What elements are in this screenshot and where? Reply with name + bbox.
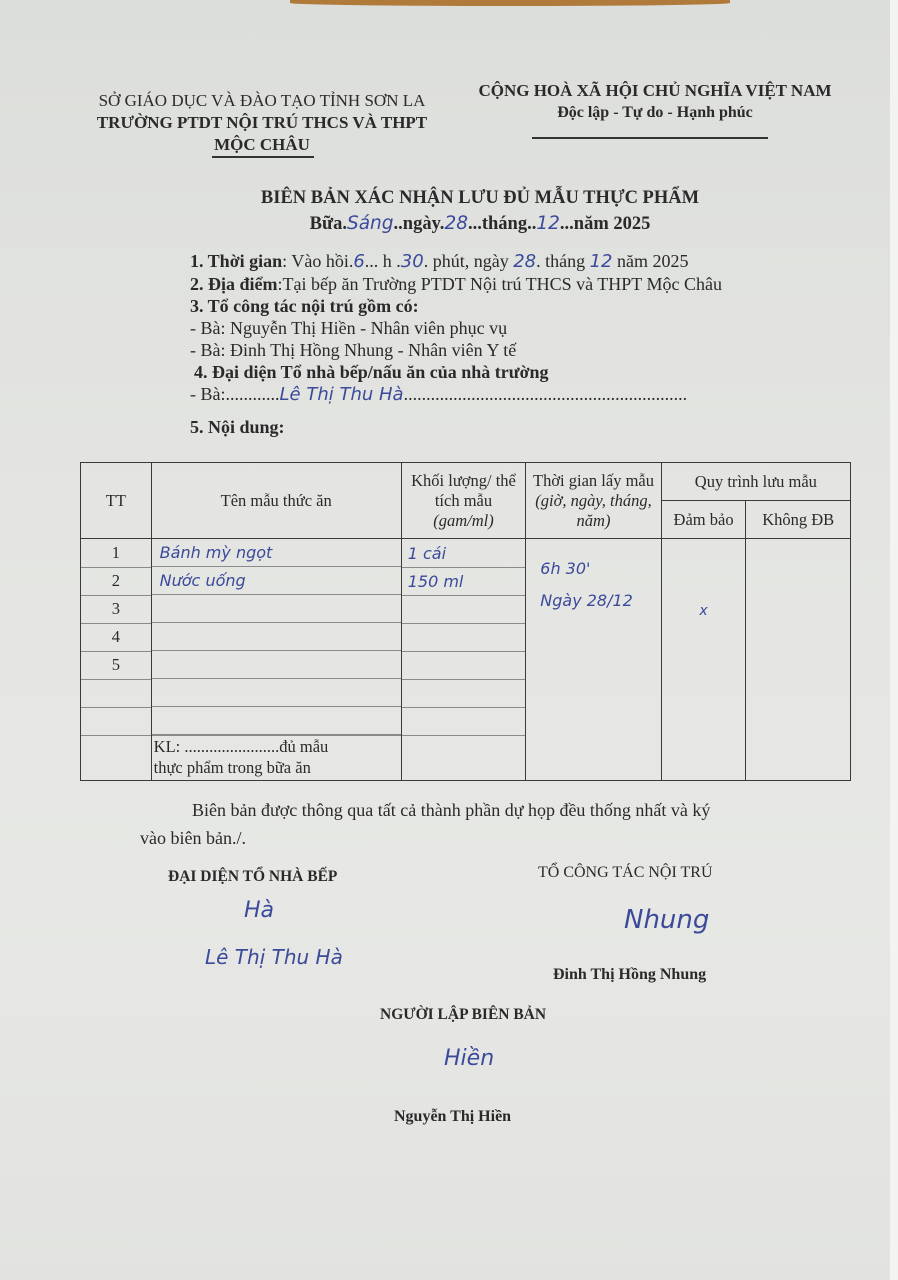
section-team-label: 3. Tổ công tác nội trú gồm có: bbox=[190, 295, 850, 317]
recorder-signature: Hiền bbox=[444, 1046, 494, 1071]
sample-weight: 150 ml bbox=[402, 568, 526, 596]
minute-value: 30 bbox=[401, 251, 424, 272]
section-location: 2. Địa điểm:Tại bếp ăn Trường PTDT Nội t… bbox=[190, 273, 850, 295]
sample-weight bbox=[402, 652, 526, 680]
row-number: 4 bbox=[81, 624, 151, 652]
food-name: Nước uống bbox=[152, 567, 401, 595]
food-sample-table: TT Tên mẫu thức ăn Khối lượng/ thể tích … bbox=[80, 462, 851, 781]
sample-time: 6h 30' Ngày 28/12 bbox=[526, 539, 660, 617]
section-content-label: 5. Nội dung: bbox=[190, 416, 850, 438]
month-value: 12 bbox=[590, 251, 613, 272]
not-ok-column bbox=[746, 539, 851, 781]
row-number: 5 bbox=[81, 652, 151, 680]
day-value: 28 bbox=[513, 251, 536, 272]
boarding-team-title: TỔ CÔNG TÁC NỘI TRÚ bbox=[538, 864, 713, 882]
kitchen-rep-handwritten-name: Lê Thị Thu Hà bbox=[205, 945, 343, 969]
closing-paragraph: Biên bản được thông qua tất cả thành phầ… bbox=[140, 796, 830, 852]
food-name bbox=[152, 679, 401, 707]
national-header: CỘNG HOÀ XÃ HỘI CHỦ NGHĨA VIỆT NAM Độc l… bbox=[470, 80, 840, 124]
header-left-underline bbox=[212, 156, 314, 158]
sample-time-column: 6h 30' Ngày 28/12 bbox=[526, 539, 661, 781]
header-food-name: Tên mẫu thức ăn bbox=[151, 463, 401, 539]
section-kitchen-rep-label: 4. Đại diện Tổ nhà bếp/nấu ăn của nhà tr… bbox=[190, 361, 850, 383]
meal-date-line: Bữa.Sáng..ngày.28...tháng..12...năm 2025 bbox=[160, 211, 800, 237]
table-edge-background bbox=[290, 0, 730, 6]
kitchen-rep-line: - Bà:............Lê Thị Thu Hà..........… bbox=[190, 383, 850, 406]
food-name bbox=[152, 595, 401, 623]
sample-weight: 1 cái bbox=[402, 540, 526, 568]
sample-weight bbox=[402, 708, 526, 736]
day-value: 28 bbox=[444, 213, 468, 234]
national-motto: Độc lập - Tự do - Hạnh phúc bbox=[470, 102, 840, 124]
document-title: BIÊN BẢN XÁC NHẬN LƯU ĐỦ MẪU THỰC PHẨM bbox=[160, 185, 800, 211]
sample-weight bbox=[402, 596, 526, 624]
boarding-team-name: Đinh Thị Hồng Nhung bbox=[553, 966, 706, 984]
department-name: SỞ GIÁO DỤC VÀ ĐÀO TẠO TỈNH SƠN LA bbox=[82, 90, 442, 112]
kitchen-rep-title: ĐẠI DIỆN TỔ NHÀ BẾP bbox=[168, 868, 337, 886]
recorder-name: Nguyễn Thị Hiền bbox=[394, 1108, 511, 1126]
food-name bbox=[152, 651, 401, 679]
conclusion: KL: .......................đủ mẫu thực p… bbox=[152, 735, 401, 780]
kitchen-rep-name: Lê Thị Thu Hà bbox=[280, 384, 404, 405]
team-member: - Bà: Đinh Thị Hồng Nhung - Nhân viên Y … bbox=[190, 339, 850, 361]
food-name bbox=[152, 707, 401, 735]
header-right-underline bbox=[532, 137, 768, 139]
header-ok: Đảm bảo bbox=[661, 501, 746, 539]
row-number: 3 bbox=[81, 596, 151, 624]
food-name: Bánh mỳ ngọt bbox=[152, 539, 401, 567]
hour-value: 6 bbox=[353, 251, 364, 272]
ok-column: x bbox=[661, 539, 746, 781]
header-not-ok: Không ĐB bbox=[746, 501, 851, 539]
header-tt: TT bbox=[81, 463, 152, 539]
food-name-column: Bánh mỳ ngọt Nước uống KL: .............… bbox=[151, 539, 401, 781]
boarding-team-signature: Nhung bbox=[624, 905, 709, 935]
document-title-block: BIÊN BẢN XÁC NHẬN LƯU ĐỦ MẪU THỰC PHẨM B… bbox=[160, 185, 800, 237]
header-sample-time: Thời gian lấy mẫu (giờ, ngày, tháng, năm… bbox=[526, 463, 661, 539]
row-number bbox=[81, 708, 151, 736]
team-member: - Bà: Nguyễn Thị Hiền - Nhân viên phục v… bbox=[190, 317, 850, 339]
sample-weight bbox=[402, 680, 526, 708]
paper-edge bbox=[890, 0, 898, 1280]
recorder-title: NGƯỜI LẬP BIÊN BẢN bbox=[380, 1006, 546, 1024]
tt-column: 1 2 3 4 5 bbox=[81, 539, 152, 781]
school-name: TRƯỜNG PTDT NỘI TRÚ THCS VÀ THPT bbox=[82, 112, 442, 134]
header-process: Quy trình lưu mẫu bbox=[661, 463, 850, 501]
sample-weight bbox=[402, 624, 526, 652]
row-number: 1 bbox=[81, 540, 151, 568]
school-header: SỞ GIÁO DỤC VÀ ĐÀO TẠO TỈNH SƠN LA TRƯỜN… bbox=[82, 90, 442, 156]
kitchen-rep-signature: Hà bbox=[244, 898, 274, 923]
food-name bbox=[152, 623, 401, 651]
row-number bbox=[81, 680, 151, 708]
row-number: 2 bbox=[81, 568, 151, 596]
meal-value: Sáng bbox=[347, 213, 394, 234]
weight-column: 1 cái 150 ml bbox=[401, 539, 526, 781]
country-name: CỘNG HOÀ XÃ HỘI CHỦ NGHĨA VIỆT NAM bbox=[470, 80, 840, 102]
month-value: 12 bbox=[536, 213, 560, 234]
school-location: MỘC CHÂU bbox=[82, 134, 442, 156]
ok-mark: x bbox=[662, 539, 746, 619]
document-body: 1. Thời gian: Vào hồi.6... h .30. phút, … bbox=[190, 250, 850, 438]
section-time: 1. Thời gian: Vào hồi.6... h .30. phút, … bbox=[190, 250, 850, 273]
header-weight: Khối lượng/ thể tích mẫu (gam/ml) bbox=[401, 463, 526, 539]
